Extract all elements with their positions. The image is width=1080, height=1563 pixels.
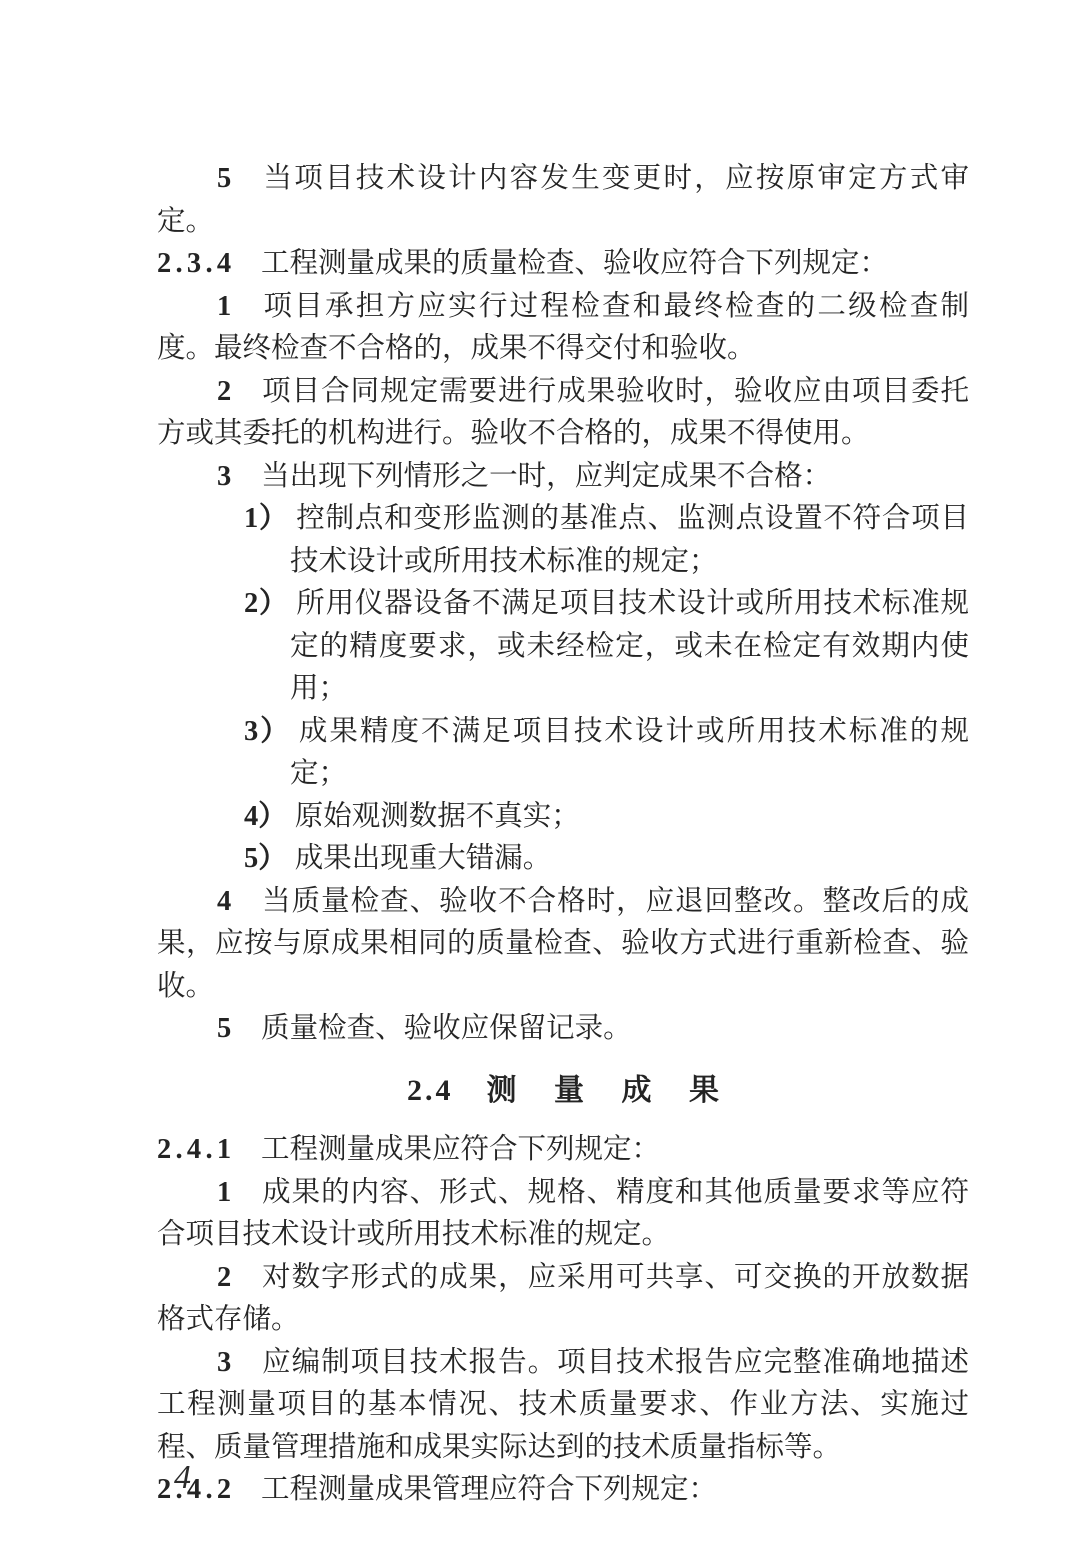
- page-number: 4: [174, 1458, 191, 1498]
- item-paragraph: 5当项目技术设计内容发生变更时，应按原审定方式审定。: [157, 158, 969, 243]
- section-number: 2.4: [407, 1074, 454, 1107]
- paragraph-text: 项目合同规定需要进行成果验收时，验收应由项目委托方或其委托的机构进行。验收不合格…: [157, 376, 969, 450]
- paragraph-text: 质量检查、验收应保留记录。: [261, 1013, 632, 1044]
- subitem-number: 1）: [244, 503, 288, 534]
- item-paragraph: 2项目合同规定需要进行成果验收时，验收应由项目委托方或其委托的机构进行。验收不合…: [157, 371, 969, 456]
- clause-paragraph: 2.4.1工程测量成果应符合下列规定：: [157, 1129, 969, 1172]
- clause-paragraph: 2.4.2工程测量成果管理应符合下列规定：: [157, 1469, 969, 1512]
- paragraph-text: 当质量检查、验收不合格时，应退回整改。整改后的成果，应按与原成果相同的质量检查、…: [157, 886, 969, 1002]
- item-paragraph: 1项目承担方应实行过程检查和最终检查的二级检查制度。最终检查不合格的，成果不得交…: [157, 286, 969, 371]
- subitem-paragraph: 5）成果出现重大错漏。: [157, 838, 969, 881]
- paragraph-text: 对数字形式的成果，应采用可共享、可交换的开放数据格式存储。: [157, 1262, 969, 1336]
- item-number: 2: [217, 1262, 231, 1293]
- item-number: 3: [217, 461, 231, 492]
- clause-paragraph: 2.3.4工程测量成果的质量检查、验收应符合下列规定：: [157, 243, 969, 286]
- subitem-number: 2）: [244, 588, 288, 619]
- subitem-number: 3）: [244, 716, 291, 747]
- paragraph-text: 成果的内容、形式、规格、精度和其他质量要求等应符合项目技术设计或所用技术标准的规…: [157, 1177, 969, 1251]
- paragraph-text: 工程测量成果管理应符合下列规定：: [261, 1474, 717, 1505]
- subitem-paragraph: 3）成果精度不满足项目技术设计或所用技术标准的规定；: [157, 711, 969, 796]
- item-number: 1: [217, 1177, 231, 1208]
- clause-number: 2.3.4: [157, 248, 235, 279]
- item-paragraph: 5质量检查、验收应保留记录。: [157, 1008, 969, 1051]
- paragraph-text: 当项目技术设计内容发生变更时，应按原审定方式审定。: [157, 163, 969, 237]
- paragraph-text: 当出现下列情形之一时，应判定成果不合格：: [261, 461, 831, 492]
- subitem-paragraph: 4）原始观测数据不真实；: [157, 796, 969, 839]
- section-title: 测 量 成 果: [487, 1074, 735, 1107]
- paragraph-text: 应编制项目技术报告。项目技术报告应完整准确地描述工程测量项目的基本情况、技术质量…: [157, 1347, 969, 1463]
- clause-number: 2.4.2: [157, 1474, 235, 1505]
- paragraph-text: 控制点和变形监测的基准点、监测点设置不符合项目技术设计或所用技术标准的规定；: [290, 503, 969, 577]
- item-number: 4: [217, 886, 231, 917]
- item-number: 3: [217, 1347, 231, 1378]
- paragraph-text: 工程测量成果应符合下列规定：: [261, 1134, 660, 1165]
- paragraph-text: 原始观测数据不真实；: [295, 801, 580, 832]
- paragraph-text: 成果出现重大错漏。: [295, 843, 552, 874]
- item-paragraph: 1成果的内容、形式、规格、精度和其他质量要求等应符合项目技术设计或所用技术标准的…: [157, 1172, 969, 1257]
- item-number: 5: [217, 1013, 231, 1044]
- item-paragraph: 4当质量检查、验收不合格时，应退回整改。整改后的成果，应按与原成果相同的质量检查…: [157, 881, 969, 1009]
- item-number: 2: [217, 376, 231, 407]
- item-number: 5: [217, 163, 231, 194]
- item-paragraph: 3应编制项目技术报告。项目技术报告应完整准确地描述工程测量项目的基本情况、技术质…: [157, 1342, 969, 1470]
- clause-number: 2.4.1: [157, 1134, 235, 1165]
- subitem-number: 4）: [244, 801, 287, 832]
- paragraph-text: 成果精度不满足项目技术设计或所用技术标准的规定；: [290, 716, 969, 790]
- paragraph-text: 所用仪器设备不满足项目技术设计或所用技术标准规定的精度要求，或未经检定，或未在检…: [290, 588, 969, 704]
- paragraph-text: 项目承担方应实行过程检查和最终检查的二级检查制度。最终检查不合格的，成果不得交付…: [157, 291, 969, 365]
- item-paragraph: 2对数字形式的成果，应采用可共享、可交换的开放数据格式存储。: [157, 1257, 969, 1342]
- page-content: 5当项目技术设计内容发生变更时，应按原审定方式审定。 2.3.4工程测量成果的质…: [157, 158, 969, 1512]
- paragraph-text: 工程测量成果的质量检查、验收应符合下列规定：: [261, 248, 888, 279]
- item-number: 1: [217, 291, 231, 322]
- section-heading: 2.4测 量 成 果: [157, 1070, 969, 1113]
- subitem-paragraph: 2）所用仪器设备不满足项目技术设计或所用技术标准规定的精度要求，或未经检定，或未…: [157, 583, 969, 711]
- subitem-number: 5）: [244, 843, 287, 874]
- subitem-paragraph: 1）控制点和变形监测的基准点、监测点设置不符合项目技术设计或所用技术标准的规定；: [157, 498, 969, 583]
- item-paragraph: 3当出现下列情形之一时，应判定成果不合格：: [157, 456, 969, 499]
